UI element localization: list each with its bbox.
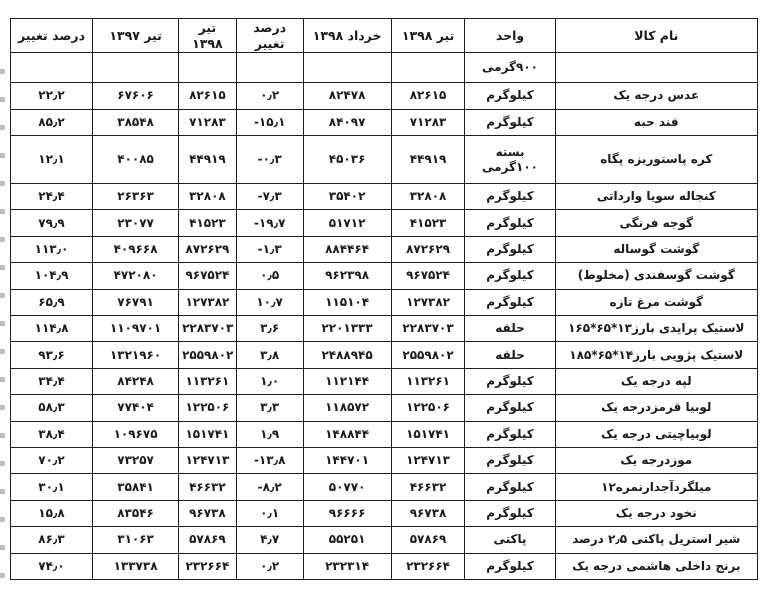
cell-khordad98: ۱۱۲۱۴۴ <box>303 368 391 394</box>
table-row: گوجه فرنگیکیلوگرم۴۱۵۲۳۵۱۷۱۲-۱۹٫۷۴۱۵۲۳۲۳۰… <box>11 210 758 236</box>
cell-khordad98: ۱۴۸۸۴۴ <box>303 421 391 447</box>
cell-tir98_b: ۴۴۹۱۹ <box>179 136 237 184</box>
cell-name: میلگردآجدارنمره۱۲ <box>555 474 757 500</box>
cell-unit: کیلوگرم <box>465 184 555 210</box>
cell-tir97: ۸۴۲۴۸ <box>93 368 179 394</box>
cell-tir98_a: ۱۵۱۷۴۱ <box>391 421 465 447</box>
cell-unit: کیلوگرم <box>465 109 555 135</box>
cell-pct_yr: ۵۸٫۳ <box>11 395 93 421</box>
cell-tir98_a: ۸۲۶۱۵ <box>391 83 465 109</box>
cell-name: لپه درجه یک <box>555 368 757 394</box>
cell-tir98_b: ۱۲۲۵۰۶ <box>179 395 237 421</box>
cell-tir98_a: ۷۱۲۸۳ <box>391 109 465 135</box>
table-row: گوشت گوسفندی (مخلوط)کیلوگرم۹۶۷۵۲۴۹۶۲۳۹۸۰… <box>11 263 758 289</box>
cell-pct_mo: ۱۰٫۷ <box>236 289 303 315</box>
cell-khordad98: ۱۴۴۷۰۱ <box>303 447 391 473</box>
cell-unit: کیلوگرم <box>465 421 555 447</box>
cell-tir98_a: ۹۶۷۵۲۴ <box>391 263 465 289</box>
cell-name <box>555 53 757 83</box>
cell-unit: کیلوگرم <box>465 83 555 109</box>
cell-tir97: ۳۱۰۶۳ <box>93 527 179 553</box>
cell-tir98_a: ۴۴۹۱۹ <box>391 136 465 184</box>
cell-tir98_b: ۹۶۷۳۸ <box>179 500 237 526</box>
cell-tir97: ۳۵۸۴۱ <box>93 474 179 500</box>
column-header-pct_yr: درصد تغییر <box>11 19 93 53</box>
scanned-price-table-page: نام کالاواحدتیر ۱۳۹۸خرداد ۱۳۹۸درصد تغییر… <box>0 0 768 594</box>
cell-tir97: ۷۶۷۹۱ <box>93 289 179 315</box>
table-row: قند حبهکیلوگرم۷۱۲۸۳۸۴۰۹۷-۱۵٫۱۷۱۲۸۳۳۸۵۴۸۸… <box>11 109 758 135</box>
cell-pct_yr: ۱۱۳٫۰ <box>11 236 93 262</box>
table-row: عدس درجه یککیلوگرم۸۲۶۱۵۸۲۴۷۸۰٫۲۸۲۶۱۵۶۷۶۰… <box>11 83 758 109</box>
cell-tir97: ۱۳۲۱۹۶۰ <box>93 342 179 368</box>
column-header-pct_mo: درصد تغییر <box>236 19 303 53</box>
cell-unit: کیلوگرم <box>465 368 555 394</box>
cell-pct_yr: ۸۵٫۲ <box>11 109 93 135</box>
cell-khordad98: ۸۸۴۴۶۴ <box>303 236 391 262</box>
column-header-unit: واحد <box>465 19 555 53</box>
cell-tir97: ۴۰۹۶۶۸ <box>93 236 179 262</box>
cell-tir98_a: ۴۱۵۲۳ <box>391 210 465 236</box>
cell-pct_mo <box>236 53 303 83</box>
cell-pct_yr: ۱۰۴٫۹ <box>11 263 93 289</box>
table-row: لپه درجه یککیلوگرم۱۱۳۲۶۱۱۱۲۱۴۴۱٫۰۱۱۳۲۶۱۸… <box>11 368 758 394</box>
cell-pct_mo: ۴٫۷ <box>236 527 303 553</box>
cell-tir97: ۶۷۶۰۶ <box>93 83 179 109</box>
cell-pct_yr: ۷۹٫۹ <box>11 210 93 236</box>
cell-pct_yr: ۲۲٫۲ <box>11 83 93 109</box>
cell-pct_mo: -۱٫۳ <box>236 236 303 262</box>
cell-name: قند حبه <box>555 109 757 135</box>
cell-khordad98: ۸۲۴۷۸ <box>303 83 391 109</box>
cell-khordad98: ۸۴۰۹۷ <box>303 109 391 135</box>
cell-name: کنجاله سویا وارداتی <box>555 184 757 210</box>
price-table: نام کالاواحدتیر ۱۳۹۸خرداد ۱۳۹۸درصد تغییر… <box>10 18 758 580</box>
cell-tir97: ۱۱۰۹۷۰۱ <box>93 315 179 341</box>
cell-khordad98: ۲۴۸۸۹۴۵ <box>303 342 391 368</box>
cell-khordad98: ۲۲۰۱۳۳۳ <box>303 315 391 341</box>
cell-pct_yr: ۲۴٫۴ <box>11 184 93 210</box>
scan-edge-artifacts <box>0 48 5 578</box>
cell-unit: کیلوگرم <box>465 500 555 526</box>
cell-pct_mo: ۰٫۱ <box>236 500 303 526</box>
cell-tir98_a: ۲۳۲۶۶۴ <box>391 553 465 580</box>
table-row: کنجاله سویا وارداتیکیلوگرم۳۲۸۰۸۳۵۴۰۲-۷٫۳… <box>11 184 758 210</box>
table-row: برنج داخلی هاشمی درجه یککیلوگرم۲۳۲۶۶۴۲۳۲… <box>11 553 758 580</box>
cell-khordad98: ۴۵۰۳۶ <box>303 136 391 184</box>
cell-name: لوبیاچیتی درجه یک <box>555 421 757 447</box>
cell-pct_mo: ۱٫۹ <box>236 421 303 447</box>
cell-tir98_b: ۴۱۵۲۳ <box>179 210 237 236</box>
continuation-unit-row: ۹۰۰گرمی <box>11 53 758 83</box>
cell-unit: بسته ۱۰۰گرمی <box>465 136 555 184</box>
table-row: نخود درجه یککیلوگرم۹۶۷۳۸۹۶۶۶۶۰٫۱۹۶۷۳۸۸۳۵… <box>11 500 758 526</box>
cell-tir98_a: ۱۲۷۳۸۲ <box>391 289 465 315</box>
cell-unit: کیلوگرم <box>465 395 555 421</box>
table-row: شیر استریل پاکتی ۲٫۵ درصدپاکتی۵۷۸۶۹۵۵۲۵۱… <box>11 527 758 553</box>
cell-tir98_b: ۳۲۸۰۸ <box>179 184 237 210</box>
cell-unit: پاکتی <box>465 527 555 553</box>
cell-tir98_b: ۲۵۵۹۸۰۲ <box>179 342 237 368</box>
cell-pct_mo: ۰٫۵ <box>236 263 303 289</box>
column-header-khordad98: خرداد ۱۳۹۸ <box>303 19 391 53</box>
cell-unit: ۹۰۰گرمی <box>465 53 555 83</box>
cell-pct_mo: ۰٫۲ <box>236 553 303 580</box>
cell-pct_mo: ۳٫۸ <box>236 342 303 368</box>
cell-pct_yr <box>11 53 93 83</box>
cell-tir98_b: ۵۷۸۶۹ <box>179 527 237 553</box>
cell-name: گوجه فرنگی <box>555 210 757 236</box>
cell-pct_mo: ۳٫۳ <box>236 395 303 421</box>
cell-name: لاستیک پژویی بارز۱۴*۶۵*۱۸۵ <box>555 342 757 368</box>
table-row: کره پاستوریزه پگاهبسته ۱۰۰گرمی۴۴۹۱۹۴۵۰۳۶… <box>11 136 758 184</box>
cell-tir98_b: ۴۶۶۳۲ <box>179 474 237 500</box>
table-row: موزدرجه یککیلوگرم۱۲۴۷۱۳۱۴۴۷۰۱-۱۳٫۸۱۲۴۷۱۳… <box>11 447 758 473</box>
cell-tir97: ۳۸۵۴۸ <box>93 109 179 135</box>
cell-pct_yr: ۸۶٫۳ <box>11 527 93 553</box>
cell-pct_mo: -۱۳٫۸ <box>236 447 303 473</box>
cell-tir98_a: ۲۲۸۳۷۰۳ <box>391 315 465 341</box>
cell-tir98_b: ۸۷۲۶۲۹ <box>179 236 237 262</box>
table-row: گوشت مرغ تازهکیلوگرم۱۲۷۳۸۲۱۱۵۱۰۴۱۰٫۷۱۲۷۳… <box>11 289 758 315</box>
cell-name: نخود درجه یک <box>555 500 757 526</box>
cell-khordad98: ۱۱۸۵۷۲ <box>303 395 391 421</box>
cell-tir98_a: ۸۷۲۶۲۹ <box>391 236 465 262</box>
cell-name: گوشت مرغ تازه <box>555 289 757 315</box>
cell-khordad98: ۲۳۲۳۱۴ <box>303 553 391 580</box>
table-row: گوشت گوسالهکیلوگرم۸۷۲۶۲۹۸۸۴۴۶۴-۱٫۳۸۷۲۶۲۹… <box>11 236 758 262</box>
cell-tir97: ۱۳۳۷۳۸ <box>93 553 179 580</box>
cell-name: کره پاستوریزه پگاه <box>555 136 757 184</box>
cell-tir97: ۷۷۴۰۴ <box>93 395 179 421</box>
cell-tir97: ۲۳۰۷۷ <box>93 210 179 236</box>
cell-tir98_b: ۱۲۴۷۱۳ <box>179 447 237 473</box>
cell-pct_yr: ۱۱۴٫۸ <box>11 315 93 341</box>
cell-tir98_b: ۱۵۱۷۴۱ <box>179 421 237 447</box>
cell-tir98_a: ۱۲۴۷۱۳ <box>391 447 465 473</box>
cell-tir97: ۱۰۹۶۷۵ <box>93 421 179 447</box>
table-row: لوبیا قرمزدرجه یککیلوگرم۱۲۲۵۰۶۱۱۸۵۷۲۳٫۳۱… <box>11 395 758 421</box>
column-header-tir97: تیر ۱۳۹۷ <box>93 19 179 53</box>
cell-khordad98: ۱۱۵۱۰۴ <box>303 289 391 315</box>
cell-tir98_a: ۲۵۵۹۸۰۲ <box>391 342 465 368</box>
cell-pct_mo: ۰٫۲ <box>236 83 303 109</box>
cell-tir98_a: ۳۲۸۰۸ <box>391 184 465 210</box>
cell-name: برنج داخلی هاشمی درجه یک <box>555 553 757 580</box>
cell-unit: کیلوگرم <box>465 474 555 500</box>
cell-tir98_a <box>391 53 465 83</box>
cell-name: لوبیا قرمزدرجه یک <box>555 395 757 421</box>
cell-tir97: ۴۰۰۸۵ <box>93 136 179 184</box>
cell-tir98_a: ۱۲۲۵۰۶ <box>391 395 465 421</box>
column-header-name: نام کالا <box>555 19 757 53</box>
cell-tir98_b: ۲۲۸۳۷۰۳ <box>179 315 237 341</box>
cell-unit: کیلوگرم <box>465 263 555 289</box>
cell-unit: کیلوگرم <box>465 210 555 236</box>
cell-tir98_a: ۴۶۶۳۲ <box>391 474 465 500</box>
cell-tir98_a: ۱۱۳۲۶۱ <box>391 368 465 394</box>
cell-unit: حلقه <box>465 315 555 341</box>
cell-tir97: ۸۳۵۴۶ <box>93 500 179 526</box>
cell-name: لاستیک پرایدی بارز۱۳*۶۵*۱۶۵ <box>555 315 757 341</box>
cell-tir98_b: ۸۲۶۱۵ <box>179 83 237 109</box>
cell-khordad98: ۵۰۷۷۰ <box>303 474 391 500</box>
cell-unit: حلقه <box>465 342 555 368</box>
cell-khordad98: ۹۶۲۳۹۸ <box>303 263 391 289</box>
cell-khordad98: ۵۵۲۵۱ <box>303 527 391 553</box>
cell-khordad98: ۳۵۴۰۲ <box>303 184 391 210</box>
cell-pct_yr: ۶۵٫۹ <box>11 289 93 315</box>
cell-unit: کیلوگرم <box>465 289 555 315</box>
table-row: لاستیک پژویی بارز۱۴*۶۵*۱۸۵حلقه۲۵۵۹۸۰۲۲۴۸… <box>11 342 758 368</box>
cell-pct_yr: ۱۵٫۸ <box>11 500 93 526</box>
column-header-tir98_a: تیر ۱۳۹۸ <box>391 19 465 53</box>
cell-pct_yr: ۳۴٫۴ <box>11 368 93 394</box>
cell-tir98_b: ۹۶۷۵۲۴ <box>179 263 237 289</box>
cell-tir97: ۲۶۳۶۳ <box>93 184 179 210</box>
cell-pct_mo: ۱٫۰ <box>236 368 303 394</box>
cell-unit: کیلوگرم <box>465 553 555 580</box>
cell-pct_mo: -۱۹٫۷ <box>236 210 303 236</box>
cell-tir97: ۴۷۲۰۸۰ <box>93 263 179 289</box>
cell-pct_yr: ۱۲٫۱ <box>11 136 93 184</box>
cell-pct_mo: -۰٫۳ <box>236 136 303 184</box>
cell-pct_yr: ۳۰٫۱ <box>11 474 93 500</box>
cell-name: گوشت گوساله <box>555 236 757 262</box>
cell-khordad98: ۵۱۷۱۲ <box>303 210 391 236</box>
cell-pct_mo: -۸٫۲ <box>236 474 303 500</box>
cell-pct_yr: ۷۴٫۰ <box>11 553 93 580</box>
cell-name: گوشت گوسفندی (مخلوط) <box>555 263 757 289</box>
cell-tir97 <box>93 53 179 83</box>
cell-unit: کیلوگرم <box>465 236 555 262</box>
cell-khordad98: ۹۶۶۶۶ <box>303 500 391 526</box>
cell-pct_mo: -۱۵٫۱ <box>236 109 303 135</box>
cell-pct_yr: ۹۳٫۶ <box>11 342 93 368</box>
cell-name: عدس درجه یک <box>555 83 757 109</box>
cell-tir98_a: ۵۷۸۶۹ <box>391 527 465 553</box>
cell-tir98_a: ۹۶۷۳۸ <box>391 500 465 526</box>
table-row: لوبیاچیتی درجه یککیلوگرم۱۵۱۷۴۱۱۴۸۸۴۴۱٫۹۱… <box>11 421 758 447</box>
table-row: میلگردآجدارنمره۱۲کیلوگرم۴۶۶۳۲۵۰۷۷۰-۸٫۲۴۶… <box>11 474 758 500</box>
cell-tir98_b: ۱۲۷۳۸۲ <box>179 289 237 315</box>
cell-tir98_b: ۲۳۲۶۶۴ <box>179 553 237 580</box>
cell-pct_yr: ۷۰٫۲ <box>11 447 93 473</box>
cell-tir98_b: ۱۱۳۲۶۱ <box>179 368 237 394</box>
table-row: لاستیک پرایدی بارز۱۳*۶۵*۱۶۵حلقه۲۲۸۳۷۰۳۲۲… <box>11 315 758 341</box>
cell-pct_mo: -۷٫۳ <box>236 184 303 210</box>
cell-tir98_b: ۷۱۲۸۳ <box>179 109 237 135</box>
cell-unit: کیلوگرم <box>465 447 555 473</box>
cell-tir98_b <box>179 53 237 83</box>
cell-pct_mo: ۳٫۶ <box>236 315 303 341</box>
cell-khordad98 <box>303 53 391 83</box>
table-header-row: نام کالاواحدتیر ۱۳۹۸خرداد ۱۳۹۸درصد تغییر… <box>11 19 758 53</box>
cell-tir97: ۷۳۲۵۷ <box>93 447 179 473</box>
cell-name: موزدرجه یک <box>555 447 757 473</box>
column-header-tir98_b: تیر ۱۳۹۸ <box>179 19 237 53</box>
cell-pct_yr: ۳۸٫۴ <box>11 421 93 447</box>
cell-name: شیر استریل پاکتی ۲٫۵ درصد <box>555 527 757 553</box>
